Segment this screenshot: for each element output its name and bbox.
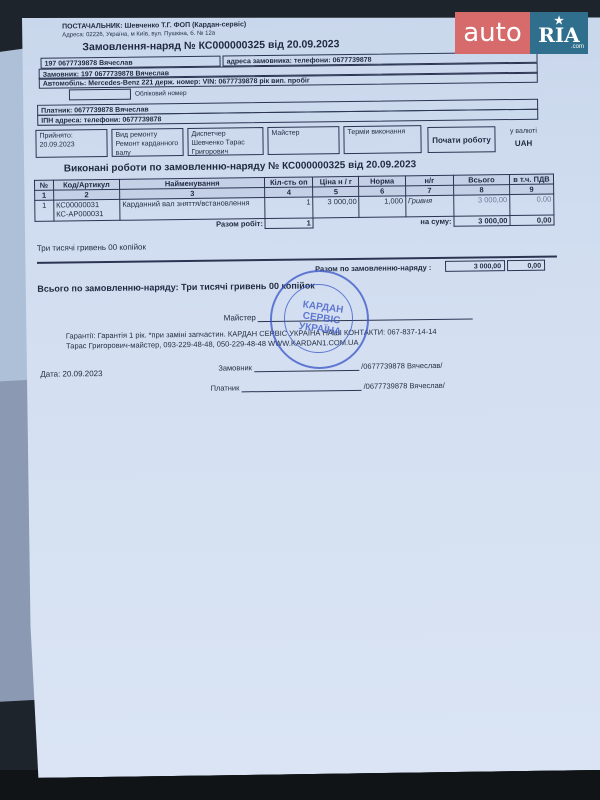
- repair-type-box: Вид ремонту Ремонт карданного валу: [111, 128, 183, 157]
- reg-number-field: [69, 89, 131, 101]
- order-total-vat: 0,00: [527, 263, 541, 270]
- total-works-label: Разом робіт:: [35, 219, 266, 232]
- payer-sign-label: Платник: [210, 383, 239, 392]
- sum-label: на суму:: [406, 216, 454, 227]
- company-stamp: КАРДАН СЕРВІС УКРАЇНА: [270, 270, 369, 369]
- deadline-box: Терміи виконання: [343, 125, 421, 154]
- sum-total: 3 000,00: [454, 216, 510, 227]
- col-header-norm: Норма: [359, 176, 405, 187]
- row-code-cell: КС00000031КС-АР000031: [53, 199, 119, 221]
- row-unit: Гривня: [405, 195, 453, 217]
- stamp-text: КАРДАН СЕРВІС УКРАЇНА: [292, 298, 351, 338]
- accepted-date: 20.09.2023: [40, 140, 104, 150]
- col-num: 8: [454, 185, 510, 196]
- col-header-price: Ціна н / г: [313, 176, 359, 187]
- col-num: 4: [265, 187, 313, 198]
- col-header-total: Всього: [453, 175, 509, 186]
- currency-box: у валюті UAH: [503, 126, 543, 152]
- logo-ria-block: ★ RIA .com: [530, 12, 588, 54]
- master-label: Майстер: [271, 128, 335, 138]
- customer-sign-value: /0677739878 Вячеслав/: [361, 361, 442, 371]
- autoria-watermark-logo: auto ★ RIA .com: [455, 12, 588, 54]
- amount-in-words: Три тисячі гривень 00 копійок: [37, 243, 146, 253]
- start-work-box: Почати роботу: [427, 126, 495, 153]
- col-header-vat: в т.ч. ПДВ: [509, 174, 553, 185]
- dispatcher-box: Диспетчер Шевченко Тарас Григорович: [187, 127, 263, 156]
- works-table: № Код/Артикул Найменування Кіл-сть оп Ці…: [34, 174, 555, 232]
- row-qty: 1: [265, 197, 313, 219]
- logo-ria: RIA: [538, 26, 580, 44]
- sum-vat: 0,00: [510, 215, 554, 226]
- order-total-vat-box: 0,00: [507, 260, 545, 271]
- col-header-unit: н/г: [405, 175, 453, 186]
- col-num: 6: [359, 186, 405, 197]
- accepted-box: Прийнято: 20.09.2023: [35, 129, 107, 158]
- col-header-code: Код/Артикул: [53, 179, 119, 190]
- row-article: КС-АР000031: [56, 209, 117, 219]
- order-total: 3 000,00: [474, 263, 501, 270]
- logo-com: .com: [571, 44, 584, 50]
- row-price: 3 000,00: [313, 196, 359, 218]
- dispatcher-value: Шевченко Тарас Григорович: [191, 138, 259, 157]
- col-num: 9: [509, 184, 553, 195]
- row-total: 3 000,00: [454, 195, 510, 217]
- reg-number-label: Обліковий номер: [135, 90, 187, 98]
- customer-name: 197 0677739878 Вячеслав: [45, 60, 133, 68]
- currency-label: у валюті: [506, 127, 540, 136]
- document-date: Дата: 20.09.2023: [40, 369, 102, 379]
- customer-sign-label: Замовник: [218, 363, 252, 372]
- ipn-line: ІПН адреса: телефони: 0677739878: [41, 116, 161, 124]
- row-norm: 1,000: [359, 196, 406, 218]
- row-no: 1: [35, 200, 54, 221]
- row-name: Карданний вал зняття/встановлення: [120, 198, 266, 221]
- col-num: 5: [313, 186, 359, 197]
- master-sign-label: Майстер: [224, 313, 256, 322]
- order-total-box: 3 000,00: [445, 260, 505, 272]
- deadline-label: Терміи виконання: [347, 127, 417, 137]
- col-header-qty: Кіл-сть оп: [265, 177, 313, 188]
- row-vat: 0,00: [510, 194, 554, 216]
- master-box: Майстер: [267, 126, 339, 155]
- col-header-no: №: [34, 180, 53, 190]
- logo-auto: auto: [455, 12, 530, 54]
- col-num: 1: [35, 190, 54, 200]
- repair-type-value: Ремонт карданного валу: [115, 139, 179, 158]
- currency-value: UAH: [507, 139, 541, 148]
- payer-sign-value: /0677739878 Вячеслав/: [363, 381, 444, 391]
- total-works-qty: 1: [265, 218, 313, 229]
- start-work-label: Почати роботу: [432, 135, 491, 145]
- col-num: 7: [405, 185, 453, 196]
